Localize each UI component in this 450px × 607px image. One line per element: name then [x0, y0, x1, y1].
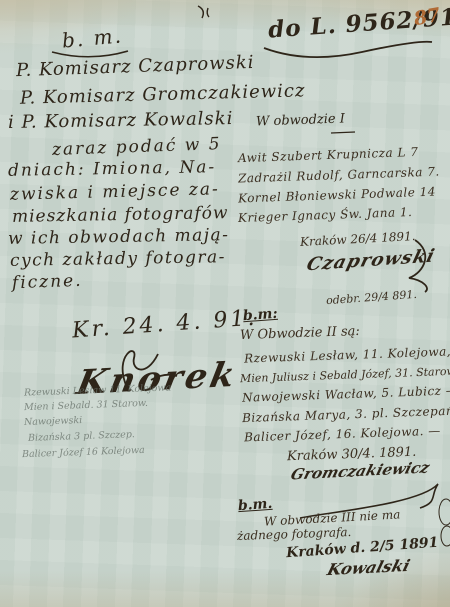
reply2-line: Rzewuski Lesław, 11. Kolejowa,	[244, 345, 450, 365]
body-line: ficzne.	[12, 273, 83, 293]
reply3-bm-note: b.m.	[238, 497, 273, 514]
reply1-line: Krieger Ignacy Św. Jana 1.	[238, 206, 413, 225]
reply1-signature-flourish	[395, 238, 435, 294]
pencil-note: Bizańska 3 pl. Szczep.	[28, 430, 135, 444]
reply2-bm-note: b.m:	[243, 307, 279, 324]
district-note: W obwodzie I	[256, 112, 345, 129]
reference-underline-flourish	[262, 38, 434, 64]
addressee-line-2: P. Komisarz Gromczakiewicz	[20, 82, 306, 108]
ink-blot	[434, 498, 450, 548]
addressee-line-1: P. Komisarz Czaprowski	[16, 54, 255, 81]
reply1-line: Kornel Błoniewski Podwale 14	[238, 186, 436, 205]
body-line: cych zakłady fotogra-	[10, 249, 226, 271]
body-line: w ich obwodach mają-	[8, 227, 230, 249]
reply2-line: Bizańska Marya, 3. pl. Szczepańska	[242, 404, 450, 425]
reply2-line: Nawojewski Wacław, 5. Lubicz —	[242, 384, 450, 404]
reply2-line: Balicer Józef, 16. Kolejowa. —	[244, 425, 441, 444]
reply1-line: Awit Szubert Krupnicza L 7	[238, 146, 419, 165]
body-line: zwiska i miejsce za-	[10, 181, 220, 204]
reply1-received-note: odebr. 29/4 891.	[326, 289, 418, 307]
body-line: mieszkania fotografów	[12, 205, 229, 227]
reply2-heading: W Obwodzie II są:	[240, 325, 360, 343]
reply3-signature: Kowalski	[325, 558, 411, 579]
pencil-note: Balicer Józef 16 Kolejowa	[22, 446, 145, 460]
body-line: zaraz podać w 5	[52, 136, 222, 160]
body-line: dniach: Imiona, Na-	[8, 159, 216, 180]
scanned-manuscript-page: b. m. do L. 9562/91 87 P. Komisarz Czapr…	[0, 0, 450, 607]
pencil-note: Mien i Sebald. 31 Starow.	[24, 399, 148, 413]
request-dateline: Kr. 24. 4. 91.	[71, 307, 258, 343]
reply1-line: Zadrażil Rudolf, Garncarska 7.	[238, 165, 440, 185]
stray-pen-mark	[192, 4, 214, 26]
reply2-line: Mien Juliusz i Sebald Józef, 31. Starowi…	[240, 365, 450, 385]
pencil-note: Nawojewski	[24, 416, 83, 428]
reply3-line: żadnego fotografa.	[237, 526, 352, 543]
addressee-line-3: i P. Komisarz Kowalski	[8, 110, 234, 133]
district-note-underline	[330, 130, 356, 138]
